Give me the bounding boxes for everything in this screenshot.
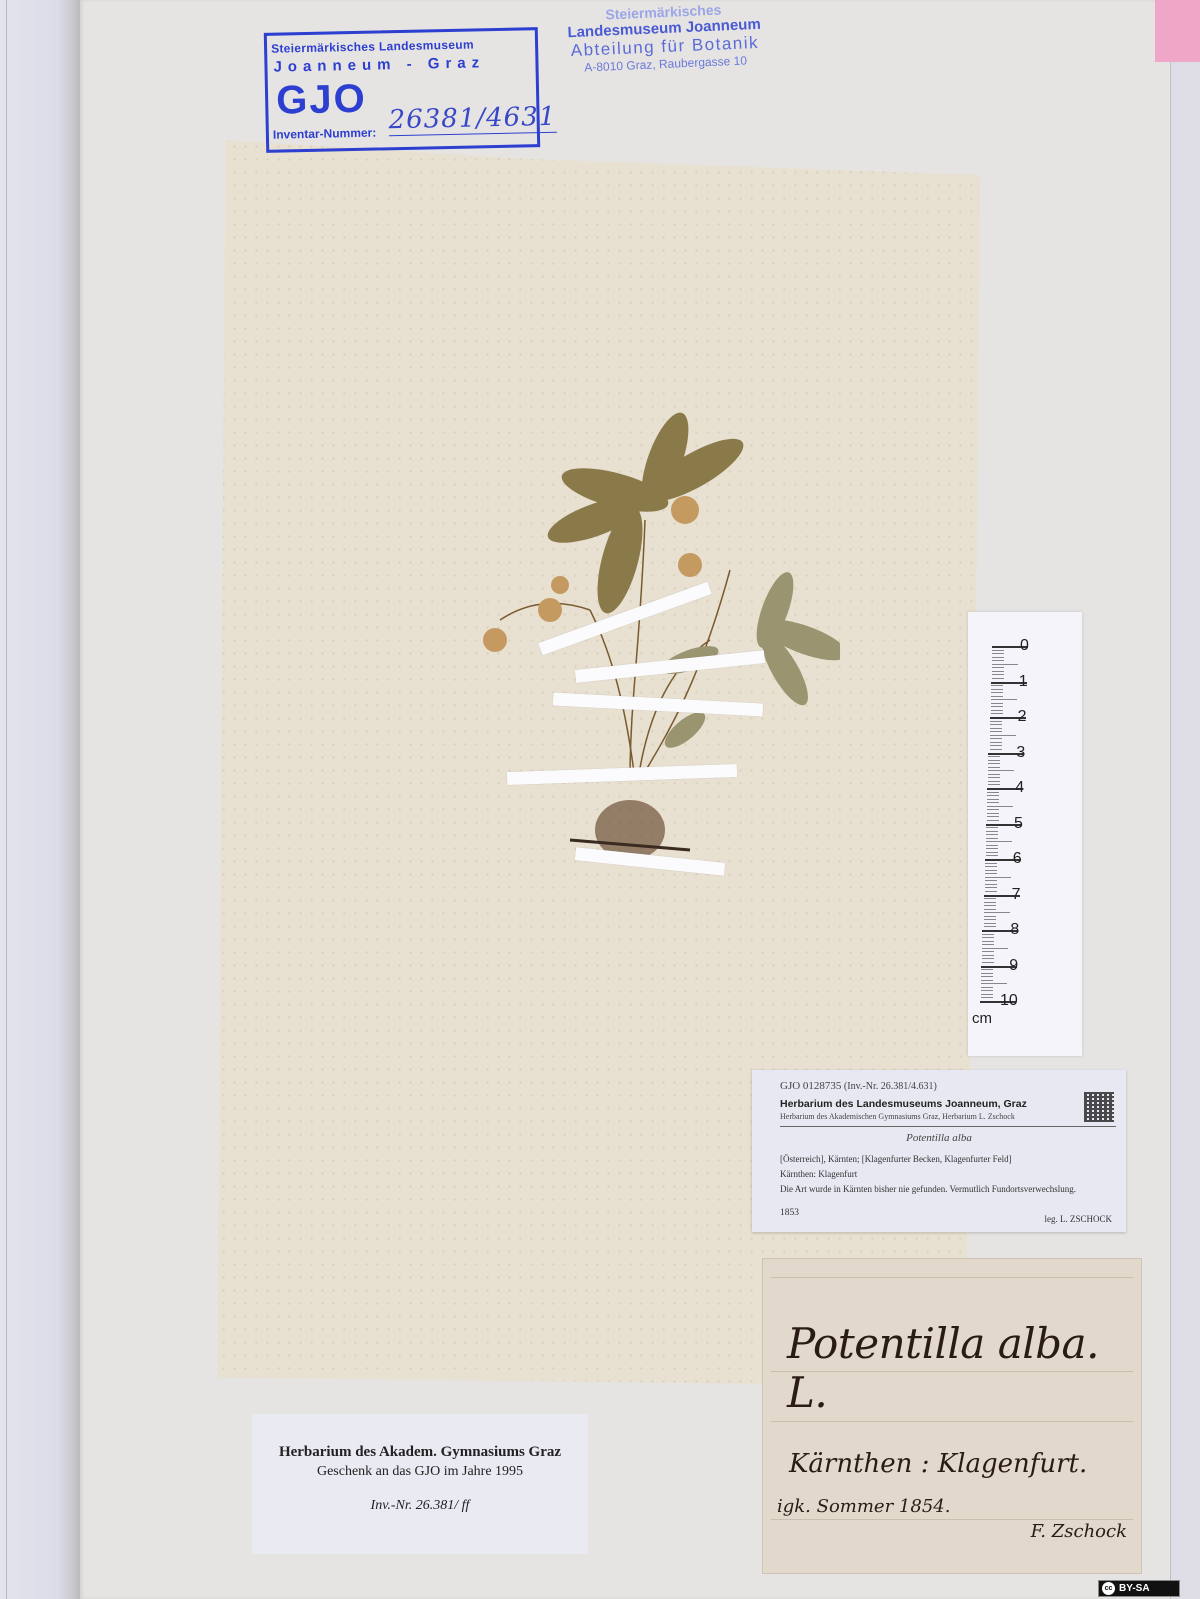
ruler-minor-tick xyxy=(984,909,996,910)
ruler-minor-tick xyxy=(992,664,1018,665)
ruler-minor-tick xyxy=(987,820,999,821)
ruler-minor-tick xyxy=(982,958,994,959)
ruler-minor-tick xyxy=(987,799,999,800)
ruler-minor-tick xyxy=(987,802,999,803)
ruler-minor-tick xyxy=(987,813,999,814)
handwritten-label: Potentilla alba. L. Kärnthen : Klagenfur… xyxy=(762,1258,1142,1574)
ruler-minor-tick xyxy=(990,735,1016,736)
ruler-minor-tick xyxy=(988,763,1000,764)
ruler-minor-tick xyxy=(992,671,1004,672)
ruler-minor-tick xyxy=(985,887,997,888)
ruler-minor-tick xyxy=(985,870,997,871)
ruler-minor-tick xyxy=(988,756,1000,757)
ruler-number: 2 xyxy=(1018,708,1027,726)
gymnasium-label: Herbarium des Akadem. Gymnasiums Graz Ge… xyxy=(252,1414,588,1554)
handwritten-date: igk. Sommer 1854. xyxy=(777,1496,950,1517)
ruler-minor-tick xyxy=(987,816,999,817)
ruler-minor-tick xyxy=(992,657,1004,658)
ruler-minor-tick xyxy=(985,863,997,864)
ruled-line xyxy=(771,1277,1133,1278)
ruler-minor-tick xyxy=(987,795,999,796)
folder-right-cover xyxy=(1170,0,1200,1599)
ruler-minor-tick xyxy=(992,667,1004,668)
plant-specimen-image xyxy=(440,400,840,900)
ruler-minor-tick xyxy=(984,916,996,917)
ruler-number: 0 xyxy=(1020,637,1029,655)
ruler-minor-tick xyxy=(986,845,998,846)
ruler-minor-tick xyxy=(982,962,994,963)
pink-marker-flag xyxy=(1155,0,1200,62)
ruler-minor-tick xyxy=(981,980,993,981)
license-text: BY-SA xyxy=(1119,1583,1150,1594)
ruler-minor-tick xyxy=(992,653,1004,654)
ruler-number: 3 xyxy=(1016,744,1025,762)
ruler-minor-tick xyxy=(990,738,1002,739)
ruler-minor-tick xyxy=(991,699,1017,700)
ruler-number: 9 xyxy=(1009,957,1018,975)
locality-line-2: Kärnthen: Klagenfurt xyxy=(780,1169,857,1179)
handwritten-taxon: Potentilla alba. L. xyxy=(787,1319,1141,1417)
ruler-minor-tick xyxy=(991,713,1003,714)
handwritten-collector: F. Zschock xyxy=(1031,1521,1127,1542)
stamp-city: Joanneum - Graz xyxy=(273,54,485,75)
stamp-acronym: GJO xyxy=(276,77,367,124)
ruler-minor-tick xyxy=(992,650,1004,651)
ruler-minor-tick xyxy=(992,674,1004,675)
ruler-minor-tick xyxy=(984,926,996,927)
gymnasium-title: Herbarium des Akadem. Gymnasiums Graz xyxy=(252,1444,588,1461)
ruler-minor-tick xyxy=(987,809,999,810)
inventory-stamp: Steiermärkisches Landesmuseum Joanneum -… xyxy=(264,27,540,153)
ruler-minor-tick xyxy=(990,721,1002,722)
stamp-inventory-label: Inventar-Nummer: xyxy=(273,126,377,142)
ruler-minor-tick xyxy=(986,838,998,839)
stamp-museum-name: Steiermärkisches Landesmuseum xyxy=(271,37,474,55)
ruler-minor-tick xyxy=(991,703,1003,704)
catalog-number: GJO 0128735 xyxy=(780,1080,841,1092)
ruler-number: 7 xyxy=(1012,886,1021,904)
ruler-minor-tick xyxy=(986,834,998,835)
ruler-minor-tick xyxy=(988,770,1014,771)
ruler-number: 8 xyxy=(1010,921,1019,939)
ruler-minor-tick xyxy=(991,696,1003,697)
ruler-minor-tick xyxy=(981,994,993,995)
ruler-minor-tick xyxy=(984,898,996,899)
ruler-number: 6 xyxy=(1013,850,1022,868)
ruler-minor-tick xyxy=(981,976,993,977)
taxon-name: Potentilla alba xyxy=(752,1132,1126,1144)
ruler-minor-tick xyxy=(982,941,994,942)
ruler-minor-tick xyxy=(981,987,993,988)
ruler-minor-tick xyxy=(981,997,993,998)
catalog-id-line: GJO 0128735 (Inv.-Nr. 26.381/4.631) xyxy=(780,1080,937,1092)
ruler-minor-tick xyxy=(985,873,997,874)
scale-ruler: cm 012345678910 xyxy=(968,612,1082,1056)
qr-code-icon[interactable] xyxy=(1084,1092,1114,1122)
ruled-line xyxy=(771,1421,1133,1422)
specimen-label: GJO 0128735 (Inv.-Nr. 26.381/4.631) Herb… xyxy=(752,1070,1126,1232)
ruler-minor-tick xyxy=(985,880,997,881)
ruler-minor-tick xyxy=(985,866,997,867)
ruler-minor-tick xyxy=(981,973,993,974)
ruler-minor-tick xyxy=(984,912,1010,913)
ruler-minor-tick xyxy=(991,685,1003,686)
ruler-minor-tick xyxy=(986,827,998,828)
locality-note: Die Art wurde in Kärnten bisher nie gefu… xyxy=(780,1184,1076,1194)
ruler-minor-tick xyxy=(987,792,999,793)
ruler-minor-tick xyxy=(982,937,994,938)
ruled-line xyxy=(771,1519,1133,1520)
ruler-number: 4 xyxy=(1015,779,1024,797)
ruler-minor-tick xyxy=(988,781,1000,782)
ruler-minor-tick xyxy=(981,969,993,970)
ruler-minor-tick xyxy=(990,745,1002,746)
ruler-minor-tick xyxy=(984,923,996,924)
ruler-minor-tick xyxy=(985,884,997,885)
ruler-minor-tick xyxy=(982,934,994,935)
ruler-minor-tick xyxy=(985,891,997,892)
gymnasium-donation: Geschenk an das GJO im Jahre 1995 xyxy=(252,1464,588,1480)
stamp-inventory-number: 26381/4631 xyxy=(388,102,556,137)
ruler-minor-tick xyxy=(987,806,1013,807)
ruler-minor-tick xyxy=(988,760,1000,761)
sub-collection: Herbarium des Akademischen Gymnasiums Gr… xyxy=(780,1112,1015,1121)
ruler-minor-tick xyxy=(984,919,996,920)
ruler-minor-tick xyxy=(985,877,1011,878)
gymnasium-inventory: Inv.-Nr. 26.381/ ff xyxy=(252,1498,588,1514)
cc-icon: cc xyxy=(1102,1582,1115,1595)
ruler-number: 10 xyxy=(1000,992,1018,1010)
ruler-minor-tick xyxy=(981,990,993,991)
ruler-minor-tick xyxy=(986,831,998,832)
license-badge[interactable]: cc BY-SA xyxy=(1098,1580,1180,1597)
ruler-minor-tick xyxy=(984,902,996,903)
ruler-minor-tick xyxy=(982,951,994,952)
label-divider xyxy=(780,1126,1116,1127)
folder-edge xyxy=(6,0,7,1599)
ruler-minor-tick xyxy=(982,944,994,945)
ruler-minor-tick xyxy=(991,710,1003,711)
ruler-minor-tick xyxy=(990,742,1002,743)
ruler-minor-tick xyxy=(982,955,994,956)
ruler-minor-tick xyxy=(988,784,1000,785)
collection-year: 1853 xyxy=(780,1208,799,1218)
ruler-minor-tick xyxy=(990,724,1002,725)
handwritten-locality: Kärnthen : Klagenfurt. xyxy=(789,1449,1087,1479)
ruler-minor-tick xyxy=(986,848,998,849)
ruler-minor-tick xyxy=(990,731,1002,732)
collector: leg. L. ZSCHOCK xyxy=(1045,1214,1113,1224)
folder-left-cover xyxy=(0,0,82,1599)
ruler-minor-tick xyxy=(988,767,1000,768)
institution-name: Herbarium des Landesmuseums Joanneum, Gr… xyxy=(780,1098,1027,1110)
ruler-minor-tick xyxy=(988,774,1000,775)
ruler-minor-tick xyxy=(991,689,1003,690)
department-stamp: Steiermärkisches Landesmuseum Joanneum A… xyxy=(551,0,779,76)
locality-line-1: [Österreich], Kärnten; [Klagenfurter Bec… xyxy=(780,1154,1012,1164)
ruler-minor-tick xyxy=(986,855,998,856)
ruler-minor-tick xyxy=(986,841,1012,842)
ruler-minor-tick xyxy=(984,905,996,906)
ruler-minor-tick xyxy=(992,660,1004,661)
ruler-minor-tick xyxy=(990,749,1002,750)
ruler-unit: cm xyxy=(972,1010,992,1027)
ruler-minor-tick xyxy=(988,777,1000,778)
inventory-number: (Inv.-Nr. 26.381/4.631) xyxy=(844,1081,937,1092)
ruler-minor-tick xyxy=(991,706,1003,707)
ruler-minor-tick xyxy=(981,983,1007,984)
ruler-minor-tick xyxy=(982,948,1008,949)
ruler-minor-tick xyxy=(992,678,1004,679)
ruler-minor-tick xyxy=(990,728,1002,729)
ruler-number: 5 xyxy=(1014,815,1023,833)
ruler-minor-tick xyxy=(991,692,1003,693)
ruler-minor-tick xyxy=(986,852,998,853)
ruler-number: 1 xyxy=(1019,673,1028,691)
